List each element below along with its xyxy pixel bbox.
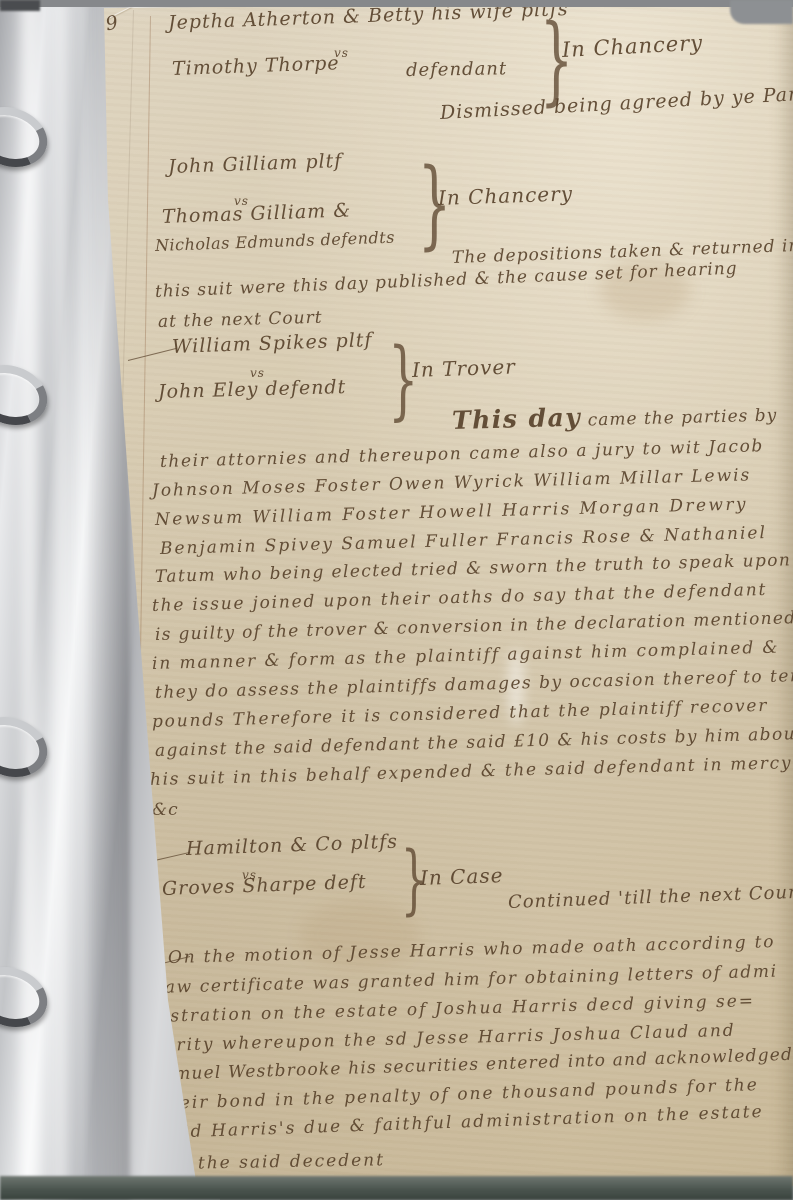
- table-surface: [0, 1176, 793, 1200]
- case3-opening-emphasis: This day: [452, 403, 582, 435]
- case1-defendant-role: defendant: [406, 58, 508, 81]
- photo-top-edge: [0, 0, 793, 7]
- photo-of-court-record-page: 269 Jeptha Atherton & Betty his wife plt…: [0, 0, 793, 1200]
- photo-top-left-corner: [0, 0, 40, 11]
- admin-line: of the said decedent: [170, 1150, 385, 1174]
- case3-court: In Trover: [412, 354, 517, 382]
- case2-court: In Chancery: [438, 181, 574, 210]
- case3-opening-rest: came the parties by: [587, 405, 777, 430]
- sleeve-glare: [56, 0, 66, 1200]
- photo-top-right-corner: [730, 0, 793, 24]
- case3-body-line: &c: [152, 800, 179, 820]
- case4-court: In Case: [420, 863, 504, 890]
